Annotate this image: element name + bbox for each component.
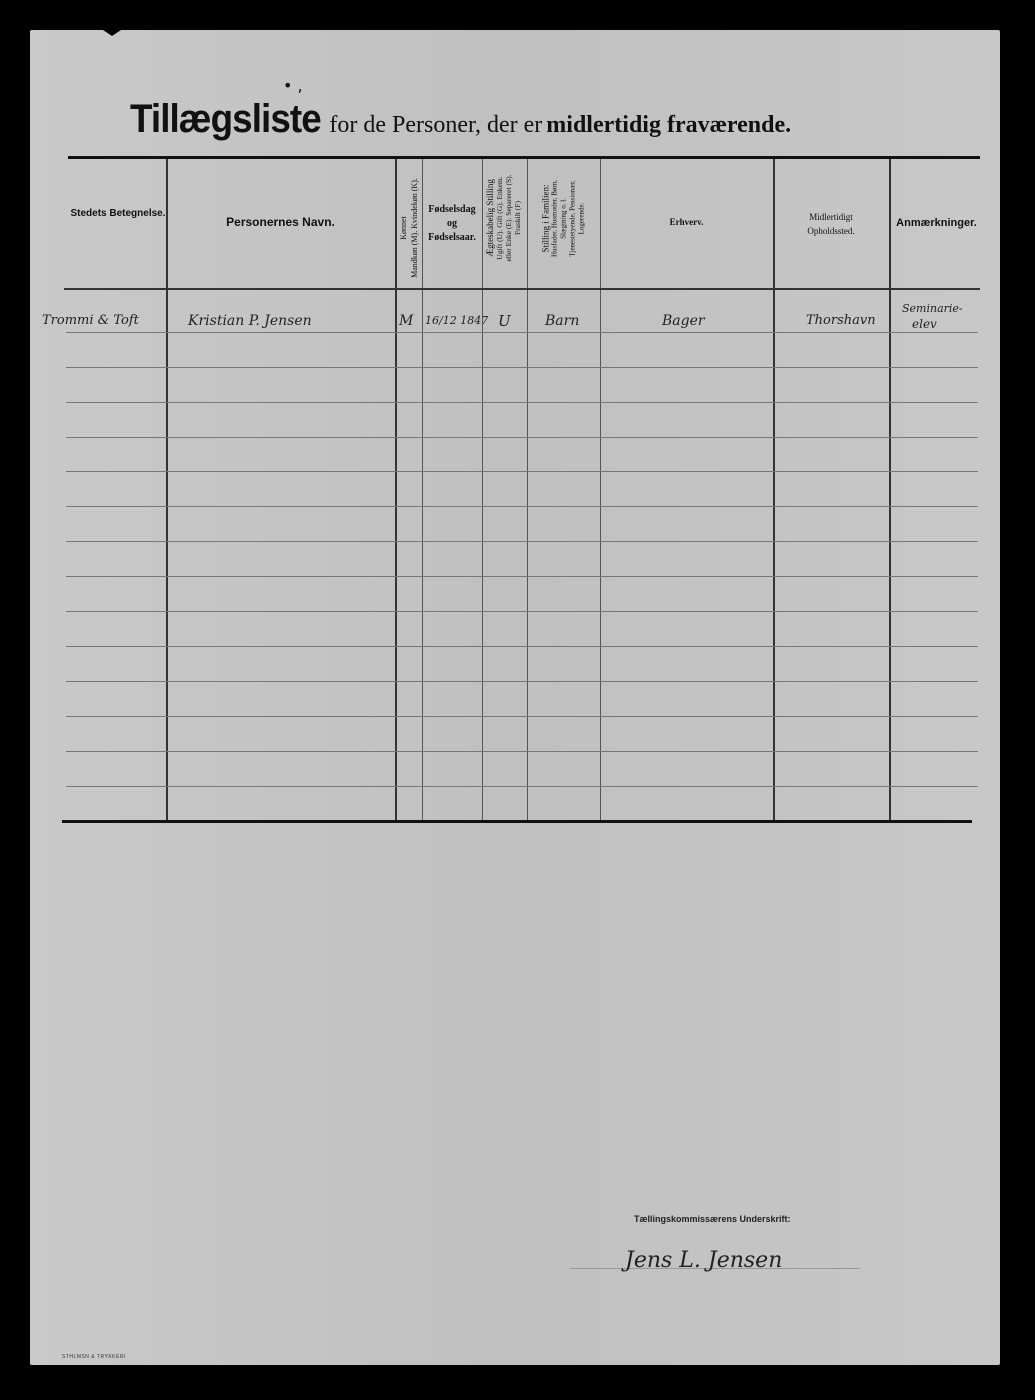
title-main: Tillægsliste [130, 97, 321, 142]
cell-opholdssted: Thorshavn [806, 313, 876, 328]
col-divider [166, 159, 168, 820]
row-rule [66, 646, 978, 647]
row-rule [66, 716, 978, 717]
col-divider [482, 159, 483, 820]
ink-marks: • , [283, 76, 303, 95]
header-navn: Personernes Navn. [166, 215, 395, 229]
header-stedets: Stedets Betegnelse. [70, 205, 166, 222]
title-rest-2: midlertidig fraværende. [546, 112, 791, 138]
header-aegteskab: Ægteskabelig Stilling Ugift (U). Gift (G… [486, 148, 522, 288]
row-rule [66, 437, 978, 438]
col-divider [773, 159, 775, 820]
cell-kjon: M [399, 313, 413, 329]
row-rule [66, 786, 978, 787]
signature-label: Tællingskommissærens Underskrift: [634, 1214, 791, 1224]
header-opholdssted: Midlertidigt Opholdssted. [773, 210, 889, 238]
table-top-rule [68, 156, 980, 159]
row-rule [66, 506, 978, 507]
paper-notch [100, 28, 124, 36]
col-divider [889, 159, 891, 820]
row-rule [66, 367, 978, 368]
cell-navn: Kristian P. Jensen [188, 313, 312, 329]
cell-anm-line-2: elev [912, 317, 937, 331]
signature: Jens L. Jensen [625, 1248, 782, 1273]
cell-anm-line-1: Seminarie- [902, 302, 963, 315]
cell-erhverv: Bager [662, 313, 705, 329]
cell-stedets: Trommi & Toft [42, 313, 139, 328]
header-erhverv: Erhverv. [600, 217, 773, 227]
title-rest-1: for de Personer, der er [329, 112, 542, 138]
col-divider [527, 159, 528, 820]
row-rule [66, 541, 978, 542]
row-rule [66, 576, 978, 577]
col-divider [395, 159, 397, 820]
col-divider [600, 159, 601, 820]
header-bottom-rule [64, 288, 980, 290]
row-rule [66, 681, 978, 682]
cell-aegteskab: U [498, 312, 511, 330]
form-title: Tillægsliste for de Personer, der er mid… [130, 97, 791, 142]
row-rule [66, 471, 978, 472]
row-rule [66, 751, 978, 752]
table-bottom-rule [62, 820, 972, 823]
row-rule [66, 332, 978, 333]
row-rule [66, 611, 978, 612]
row-rule [66, 402, 978, 403]
cell-fodsel: 16/12 1847 [425, 314, 488, 327]
header-kjon: Kønnet Mandkøn (M). Kvindekøn (K). [398, 158, 420, 298]
header-familie: Stilling i Familien: Husfader, Husmoder,… [542, 149, 587, 289]
header-anmaerkninger: Anmærkninger. [889, 217, 984, 229]
col-divider [422, 159, 423, 820]
cell-familie: Barn [545, 313, 579, 329]
printer-imprint: STHLMSN & TRYKKERI [62, 1354, 126, 1360]
header-fodsel: Fødselsdag og Fødselsaar. [422, 203, 482, 245]
